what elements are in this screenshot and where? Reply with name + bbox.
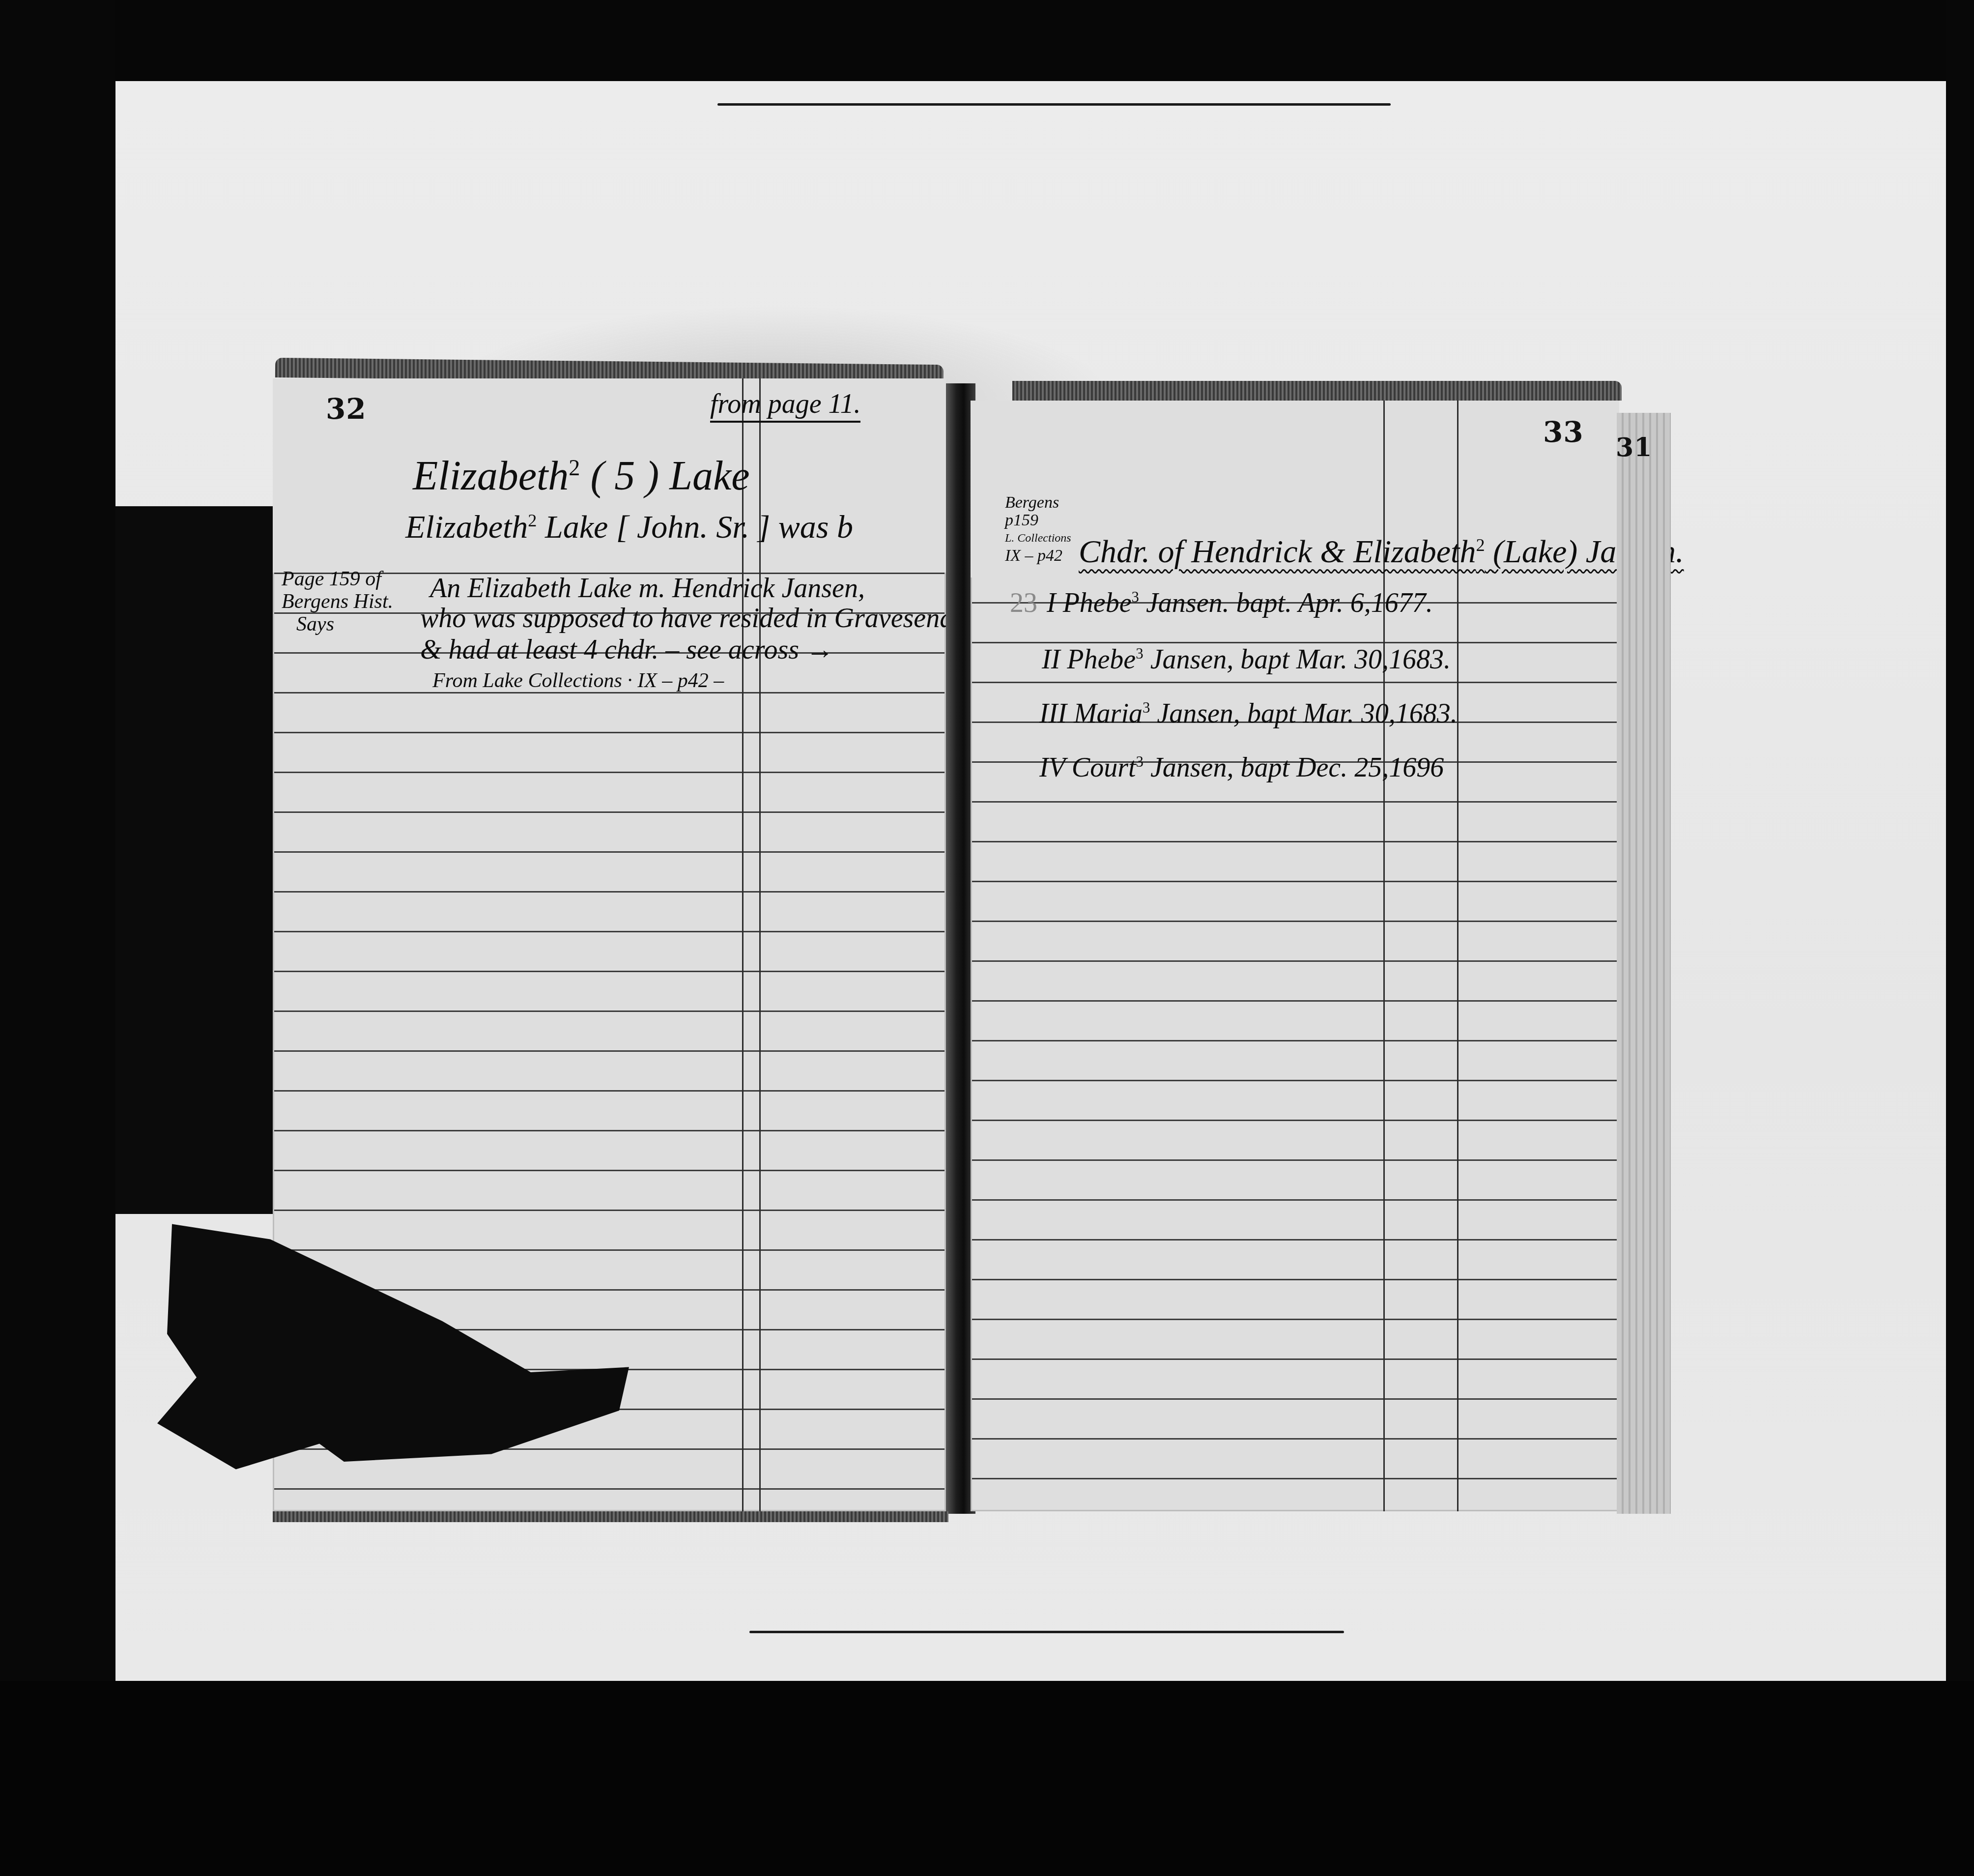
margin-note-line: p159 (1005, 512, 1071, 529)
body-line: who was supposed to have resided in Grav… (420, 603, 953, 634)
child-name: Phebe (1067, 644, 1136, 675)
child-baptism: bapt Dec. 25, (1240, 752, 1389, 783)
margin-note-line: IX – p42 (1005, 547, 1071, 565)
child-surname: Jansen, (1157, 698, 1240, 729)
bottom-alignment-rule (749, 1631, 1344, 1633)
child-numeral: IV (1039, 752, 1065, 783)
child-entry: I Phebe3 Jansen. bapt. Apr. 6,1677. (1047, 587, 1433, 619)
book-cover-bottom-edge (273, 1511, 948, 1522)
child-name: Maria (1074, 698, 1143, 729)
column-rule (742, 378, 744, 1511)
heading-generation: 2 (1476, 535, 1485, 555)
child-name: Phebe (1063, 588, 1132, 618)
line-1-generation: 2 (528, 511, 537, 530)
left-film-border (0, 0, 115, 1876)
child-generation: 3 (1143, 699, 1150, 716)
child-surname: Jansen, (1150, 644, 1234, 675)
child-baptism: bapt Mar. 30, (1247, 698, 1396, 729)
child-generation: 3 (1132, 589, 1139, 606)
title-paren-note: ( 5 ) (590, 453, 659, 499)
line-1-text: Lake [ John. Sr. ] was b (545, 509, 853, 545)
child-numeral: II (1042, 644, 1060, 675)
top-film-border (0, 0, 1974, 81)
title-name: Elizabeth (413, 453, 569, 499)
ledger-page-right: 33 Bergens p159 L. Collections IX – p42 … (971, 401, 1619, 1511)
margin-note-line: Bergens (1005, 494, 1071, 512)
right-film-border (1946, 0, 1974, 1876)
margin-source-note: Page 159 of Bergens Hist. Says (282, 568, 393, 635)
child-entry: III Maria3 Jansen, bapt Mar. 30,1683. (1039, 698, 1458, 729)
top-alignment-rule (717, 103, 1391, 106)
child-year: 1696 (1389, 752, 1444, 783)
child-numeral: I (1047, 588, 1056, 618)
child-name: Court (1072, 752, 1136, 783)
child-surname: Jansen, (1150, 752, 1234, 783)
margin-source-note: Bergens p159 L. Collections IX – p42 (1005, 494, 1071, 565)
child-generation: 3 (1136, 753, 1144, 770)
child-baptism: bapt Mar. 30, (1240, 644, 1389, 675)
entry-title: Elizabeth2 ( 5 ) Lake (413, 452, 750, 500)
children-heading: Chdr. of Hendrick & Elizabeth2 (Lake) Ja… (1079, 533, 1684, 571)
line-1-name: Elizabeth (405, 509, 528, 545)
child-year: 1683. (1389, 644, 1451, 675)
adjacent-page-number: 31 (1616, 433, 1652, 462)
book-cover-edge-right (1012, 381, 1622, 401)
child-baptism: bapt. Apr. 6, (1236, 588, 1371, 618)
child-surname: Jansen. (1146, 588, 1230, 618)
cross-reference-note: from page 11. (710, 388, 860, 423)
page-number: 32 (326, 392, 367, 426)
child-year: 1677. (1371, 588, 1433, 618)
left-mask-block (115, 506, 273, 1214)
margin-note-line: Page 159 of (282, 568, 393, 590)
child-numeral: III (1039, 698, 1067, 729)
body-line: An Elizabeth Lake m. Hendrick Jansen, (430, 573, 865, 604)
entry-line-1: Elizabeth2 Lake [ John. Sr. ] was b (405, 509, 853, 546)
child-entry: IV Court3 Jansen, bapt Dec. 25,1696 (1039, 752, 1444, 783)
title-generation: 2 (569, 455, 580, 480)
page-number: 33 (1543, 415, 1584, 449)
child-generation: 3 (1136, 645, 1143, 662)
child-year: 1683. (1396, 698, 1458, 729)
faint-pencil-number: 23 (1010, 587, 1037, 619)
title-surname: Lake (669, 453, 749, 499)
bottom-film-border (0, 1681, 1974, 1876)
child-entry: II Phebe3 Jansen, bapt Mar. 30,1683. (1042, 644, 1451, 675)
page-fore-edge: 31 (1617, 413, 1671, 1514)
column-rule (759, 378, 761, 1511)
body-line: & had at least 4 chdr. – see across → (420, 634, 833, 665)
heading-prefix: Chdr. of Hendrick & Elizabeth (1079, 534, 1476, 570)
source-citation: From Lake Collections · IX – p42 – (432, 669, 724, 692)
margin-note-line: Bergens Hist. (282, 590, 393, 613)
margin-note-line: L. Collections (1005, 529, 1071, 547)
margin-note-line: Says (282, 613, 393, 635)
